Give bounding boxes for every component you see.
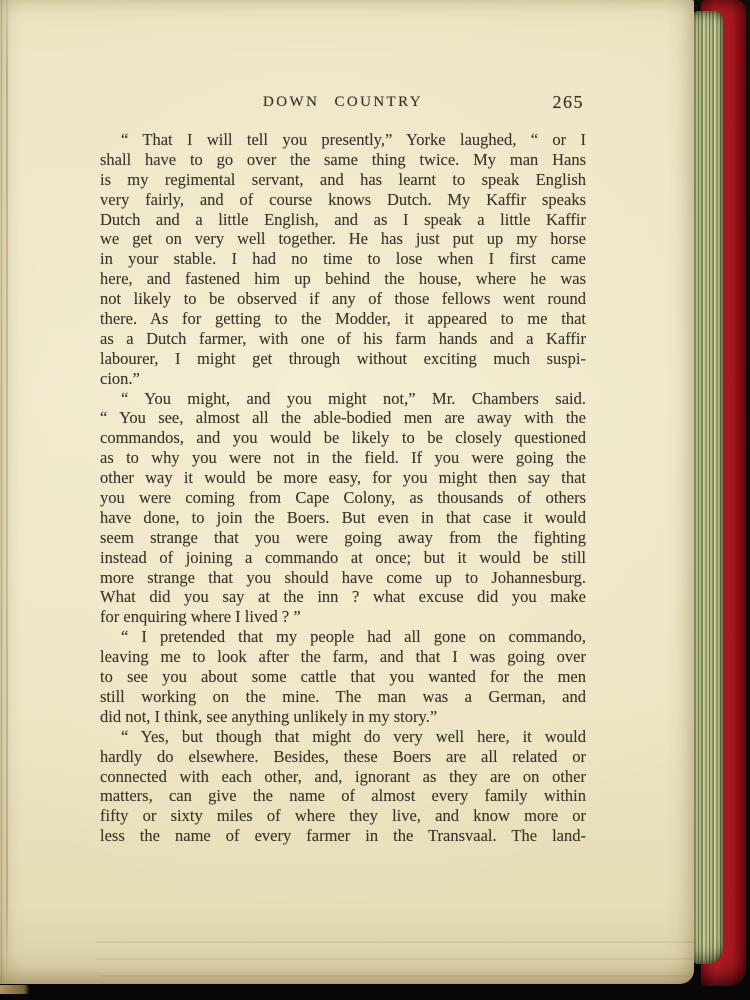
paragraph: “ That I will tell you presently,” Yorke…: [100, 130, 586, 389]
paragraph: “ You might, and you might not,” Mr. Cha…: [100, 389, 586, 628]
page-number: 265: [553, 92, 585, 113]
text-line: as to why you were not in the field. If …: [100, 448, 586, 468]
text-line: other way it would be more easy, for you…: [100, 468, 586, 488]
text-line: here, and fastened him up behind the hou…: [100, 269, 586, 289]
text-line: “ I pretended that my people had all gon…: [100, 627, 586, 647]
text-line: more strange that you should have come u…: [100, 568, 586, 588]
chapter-title: DOWN COUNTRY: [100, 94, 586, 111]
text-line: Dutch and a little English, and as I spe…: [100, 210, 586, 230]
text-line: for enquiring where I lived ? ”: [100, 607, 586, 627]
text-line: “ Yes, but though that might do very wel…: [100, 727, 586, 747]
text-line: “ You might, and you might not,” Mr. Cha…: [100, 389, 586, 409]
text-line: very fairly, and of course knows Dutch. …: [100, 190, 586, 210]
text-line: connected with each other, and, ignorant…: [100, 767, 586, 787]
text-line: did not, I think, see anything unlikely …: [100, 707, 586, 727]
text-line: is my regimental servant, and has learnt…: [100, 170, 586, 190]
text-line: fifty or sixty miles of where they live,…: [100, 806, 586, 826]
lower-page-ridges: [96, 926, 694, 978]
book-page: DOWN COUNTRY 265 “ That I will tell you …: [0, 0, 694, 984]
text-line: commandos, and you would be likely to be…: [100, 428, 586, 448]
text-line: as a Dutch farmer, with one of his farm …: [100, 329, 586, 349]
page-edge-stack: [692, 11, 723, 964]
text-line: leaving me to look after the farm, and t…: [100, 647, 586, 667]
text-line: hardly do elsewhere. Besides, these Boer…: [100, 747, 586, 767]
text-line: still working on the mine. The man was a…: [100, 687, 586, 707]
text-line: have done, to join the Boers. But even i…: [100, 508, 586, 528]
page-fold-line: [6, 0, 8, 978]
paragraph: “ I pretended that my people had all gon…: [100, 627, 586, 726]
running-header: DOWN COUNTRY 265: [100, 94, 586, 116]
text-line: What did you say at the inn ? what excus…: [100, 587, 586, 607]
text-line: matters, can give the name of almost eve…: [100, 786, 586, 806]
text-line: “ That I will tell you presently,” Yorke…: [100, 130, 586, 150]
text-line: instead of joining a commando at once; b…: [100, 548, 586, 568]
text-line: we get on very well together. He has jus…: [100, 229, 586, 249]
text-line: shall have to go over the same thing twi…: [100, 150, 586, 170]
text-line: less the name of every farmer in the Tra…: [100, 826, 586, 846]
text-line: labourer, I might get through without ex…: [100, 349, 586, 369]
book-scan: DOWN COUNTRY 265 “ That I will tell you …: [0, 0, 750, 1000]
text-line: seem strange that you were going away fr…: [100, 528, 586, 548]
text-line: “ You see, almost all the able-bodied me…: [100, 408, 586, 428]
page-gutter-crease: [1, 0, 2, 984]
text-line: cion.”: [100, 369, 586, 389]
text-line: to see you about some cattle that you wa…: [100, 667, 586, 687]
text-line: there. As for getting to the Modder, it …: [100, 309, 586, 329]
cover-corner-fragment: [0, 985, 30, 994]
text-line: you were coming from Cape Colony, as tho…: [100, 488, 586, 508]
text-line: not likely to be observed if any of thos…: [100, 289, 586, 309]
page-text: “ That I will tell you presently,” Yorke…: [100, 130, 586, 846]
paragraph: “ Yes, but though that might do very wel…: [100, 727, 586, 846]
text-line: in your stable. I had no time to lose wh…: [100, 249, 586, 269]
